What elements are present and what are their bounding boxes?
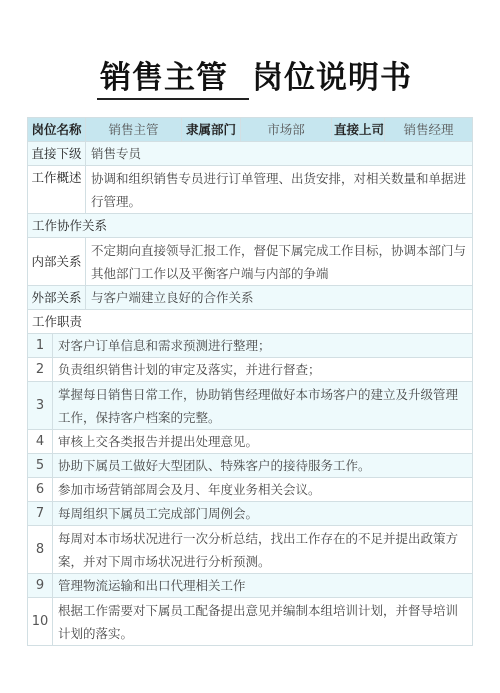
duty-number: 10 [28, 598, 53, 646]
duty-row: 10 根据工作需要对下属员工配备提出意见并编制本组培训计划，并督导培训计划的落实… [28, 598, 473, 646]
external-relations-value: 与客户端建立良好的合作关系 [86, 286, 473, 310]
duties-section-row: 工作职责 [28, 310, 473, 334]
cooperation-section-heading: 工作协作关系 [28, 214, 473, 238]
duty-text: 协助下属员工做好大型团队、特殊客户的接待服务工作。 [53, 454, 473, 478]
external-relations-row: 外部关系 与客户端建立良好的合作关系 [28, 286, 473, 310]
internal-relations-label: 内部关系 [28, 238, 86, 286]
document-title: 销售主管 岗位说明书 [0, 58, 500, 104]
external-relations-label: 外部关系 [28, 286, 86, 310]
overview-value: 协调和组织销售专员进行订单管理、出货安排，对相关数量和单据进行管理。 [86, 166, 473, 214]
position-name-value: 销售主管 [86, 118, 182, 142]
duty-text: 根据工作需要对下属员工配备提出意见并编制本组培训计划，并督导培训计划的落实。 [53, 598, 473, 646]
duty-number: 8 [28, 526, 53, 574]
duty-number: 3 [28, 382, 53, 430]
duty-text: 负责组织销售计划的审定及落实，并进行督查； [53, 358, 473, 382]
duty-text: 掌握每日销售日常工作，协助销售经理做好本市场客户的建立及升级管理工作，保持客户档… [53, 382, 473, 430]
duties-section-heading: 工作职责 [28, 310, 473, 334]
duty-number: 7 [28, 502, 53, 526]
subordinate-label: 直接下级 [28, 142, 86, 166]
subordinate-value: 销售专员 [86, 142, 473, 166]
duty-row: 4 审核上交各类报告并提出处理意见。 [28, 430, 473, 454]
title-job-name: 销售主管 [100, 58, 228, 98]
duty-row: 5 协助下属员工做好大型团队、特殊客户的接待服务工作。 [28, 454, 473, 478]
duty-text: 对客户订单信息和需求预测进行整理； [53, 334, 473, 358]
title-underline [97, 98, 249, 100]
duty-row: 6 参加市场营销部周会及月、年度业务相关会议。 [28, 478, 473, 502]
overview-row: 工作概述 协调和组织销售专员进行订单管理、出货安排，对相关数量和单据进行管理。 [28, 166, 473, 214]
position-name-label: 岗位名称 [28, 118, 86, 142]
department-label: 隶属部门 [182, 118, 241, 142]
title-doc-type: 岗位说明书 [252, 58, 412, 98]
duty-number: 1 [28, 334, 53, 358]
duty-row: 1 对客户订单信息和需求预测进行整理； [28, 334, 473, 358]
department-value: 市场部 [241, 118, 332, 142]
overview-label: 工作概述 [28, 166, 86, 214]
duty-text: 管理物流运输和出口代理相关工作 [53, 574, 473, 598]
duty-number: 6 [28, 478, 53, 502]
duty-row: 3 掌握每日销售日常工作，协助销售经理做好本市场客户的建立及升级管理工作，保持客… [28, 382, 473, 430]
internal-relations-row: 内部关系 不定期向直接领导汇报工作，督促下属完成工作目标，协调本部门与其他部门工… [28, 238, 473, 286]
duty-text: 参加市场营销部周会及月、年度业务相关会议。 [53, 478, 473, 502]
duty-text: 每周对本市场状况进行一次分析总结，找出工作存在的不足并提出政策方案，并对下周市场… [53, 526, 473, 574]
cooperation-section-row: 工作协作关系 [28, 214, 473, 238]
internal-relations-value: 不定期向直接领导汇报工作，督促下属完成工作目标，协调本部门与其他部门工作以及平衡… [86, 238, 473, 286]
subordinate-row: 直接下级 销售专员 [28, 142, 473, 166]
supervisor-label: 直接上司 [332, 118, 385, 142]
duty-row: 2 负责组织销售计划的审定及落实，并进行督查； [28, 358, 473, 382]
supervisor-value: 销售经理 [385, 118, 473, 142]
duty-number: 9 [28, 574, 53, 598]
duty-number: 5 [28, 454, 53, 478]
duty-text: 每周组织下属员工完成部门周例会。 [53, 502, 473, 526]
job-description-table: 岗位名称 销售主管 隶属部门 市场部 直接上司 销售经理 直接下级 销售专员 工… [27, 117, 473, 646]
duty-row: 9 管理物流运输和出口代理相关工作 [28, 574, 473, 598]
duty-row: 7 每周组织下属员工完成部门周例会。 [28, 502, 473, 526]
duty-number: 2 [28, 358, 53, 382]
duty-number: 4 [28, 430, 53, 454]
duty-text: 审核上交各类报告并提出处理意见。 [53, 430, 473, 454]
header-row: 岗位名称 销售主管 隶属部门 市场部 直接上司 销售经理 [28, 118, 473, 142]
duty-row: 8 每周对本市场状况进行一次分析总结，找出工作存在的不足并提出政策方案，并对下周… [28, 526, 473, 574]
